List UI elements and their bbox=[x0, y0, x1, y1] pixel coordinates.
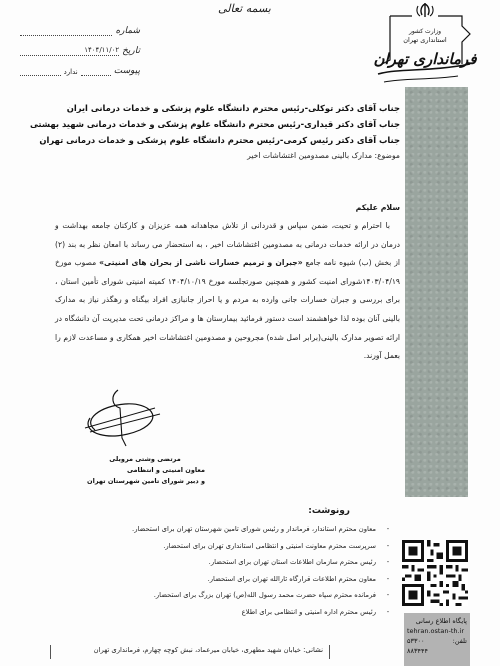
signatory-name: مرتضی وشتی مروبلی bbox=[55, 454, 205, 465]
letter-body: سلام علیکم با احترام و تحیت، ضمن سپاس و … bbox=[55, 200, 400, 366]
body-paragraph: با احترام و تحیت، ضمن سپاس و قدردانی از … bbox=[55, 217, 400, 366]
signatory-title-1: معاون امنیتی و انتظامی bbox=[55, 465, 205, 476]
attachment-sub: ندارد bbox=[64, 68, 78, 76]
addressee-1: جناب آقای دکتر توکلی-رئیس محترم دانشگاه … bbox=[95, 100, 400, 116]
logo-line-county: فرمانداری تهران bbox=[370, 50, 480, 68]
cc-item: -رئیس محترم سازمان اطلاعات استان تهران ب… bbox=[20, 554, 400, 571]
cc-item: -سرپرست محترم معاونت امنیتی و انتظامی اس… bbox=[20, 538, 400, 555]
info-phone-row: تلفن: ۵۳۳۰۰ bbox=[407, 636, 467, 646]
info-extra-row: ۸۸۳۴۴۴ bbox=[407, 646, 467, 656]
number-value bbox=[20, 26, 112, 36]
number-row: شماره bbox=[20, 16, 140, 36]
footer-address: نشانی: خیابان شهید مطهری، خیابان میرعماد… bbox=[50, 645, 330, 659]
signatory-title-2: و دبیر شورای تامین شهرستان تهران bbox=[55, 476, 205, 487]
info-website-link[interactable]: tehran.ostan-th.ir bbox=[407, 626, 467, 636]
cc-item: -رئیس محترم اداره امنیتی و انتظامی برای … bbox=[20, 604, 400, 621]
logo-frame-icon bbox=[370, 2, 480, 88]
info-portal-box: پایگاه اطلاع رسانی tehran.ostan-th.ir تل… bbox=[404, 613, 470, 666]
qr-code-icon[interactable] bbox=[402, 540, 468, 606]
body-part-2: مصوب مورخ ۱۴۰۳/۰۴/۱۹شورای امنیت کشور و ه… bbox=[55, 258, 400, 360]
redacted-strip bbox=[405, 87, 468, 497]
subject-line: موضوع: مدارک بالینی مصدومین اغتشاشات اخی… bbox=[95, 148, 400, 164]
body-bold-title: «جبران و ترمیم خسارات ناشی از بحران های … bbox=[99, 258, 302, 267]
phone-value: ۵۳۳۰۰ bbox=[407, 636, 424, 646]
addressee-2: جناب آقای دکتر قیداری-رئیس محترم دانشگاه… bbox=[95, 116, 400, 132]
cc-item: -فرمانده محترم سپاه حضرت محمد رسول الله(… bbox=[20, 587, 400, 604]
addressees: جناب آقای دکتر توکلی-رئیس محترم دانشگاه … bbox=[95, 100, 400, 164]
governorate-logo: وزارت کشور استانداری تهران فرمانداری تهر… bbox=[370, 2, 480, 88]
greeting: سلام علیکم bbox=[55, 200, 400, 216]
cc-item: -معاون محترم اطلاعات قرارگاه ثارالله تهر… bbox=[20, 571, 400, 588]
phone-label: تلفن: bbox=[453, 636, 467, 646]
addressee-3: جناب آقای دکتر رئیس کرمی-رئیس محترم دانش… bbox=[95, 132, 400, 148]
date-row: تاریخ ۱۴۰۴/۱۱/۰۲ bbox=[20, 36, 140, 56]
attachment-label: پیوست bbox=[114, 66, 140, 76]
logo-line-governorate: استانداری تهران bbox=[370, 36, 480, 44]
logo-line-ministry: وزارت کشور bbox=[370, 28, 480, 35]
cc-title: رونوشت: bbox=[20, 506, 350, 516]
signatory: مرتضی وشتی مروبلی معاون امنیتی و انتظامی… bbox=[55, 454, 205, 487]
info-extra: ۸۸۳۴۴۴ bbox=[407, 646, 428, 656]
carbon-copy: رونوشت: -معاون محترم استاندار، فرماندار … bbox=[20, 506, 400, 620]
attachment-trailing-line bbox=[20, 66, 61, 76]
iran-emblem-icon bbox=[417, 3, 433, 17]
letter-page: بسمه تعالی شماره تاریخ ۱۴۰۴/۱۱/۰۲ پیوست … bbox=[0, 0, 500, 666]
letter-meta: شماره تاریخ ۱۴۰۴/۱۱/۰۲ پیوست ندارد bbox=[20, 16, 140, 76]
info-title: پایگاه اطلاع رسانی bbox=[407, 616, 467, 626]
signature-block: مرتضی وشتی مروبلی معاون امنیتی و انتظامی… bbox=[55, 388, 215, 516]
attachment-value bbox=[81, 66, 111, 76]
signature-scribble-icon bbox=[70, 388, 165, 448]
basmala: بسمه تعالی bbox=[218, 2, 271, 15]
date-value: ۱۴۰۴/۱۱/۰۲ bbox=[20, 46, 119, 56]
attachment-row: پیوست ندارد bbox=[20, 56, 140, 76]
number-label: شماره bbox=[115, 26, 140, 36]
cc-item: -معاون محترم استاندار، فرماندار و رئیس ش… bbox=[20, 521, 400, 538]
date-label: تاریخ bbox=[122, 46, 140, 56]
